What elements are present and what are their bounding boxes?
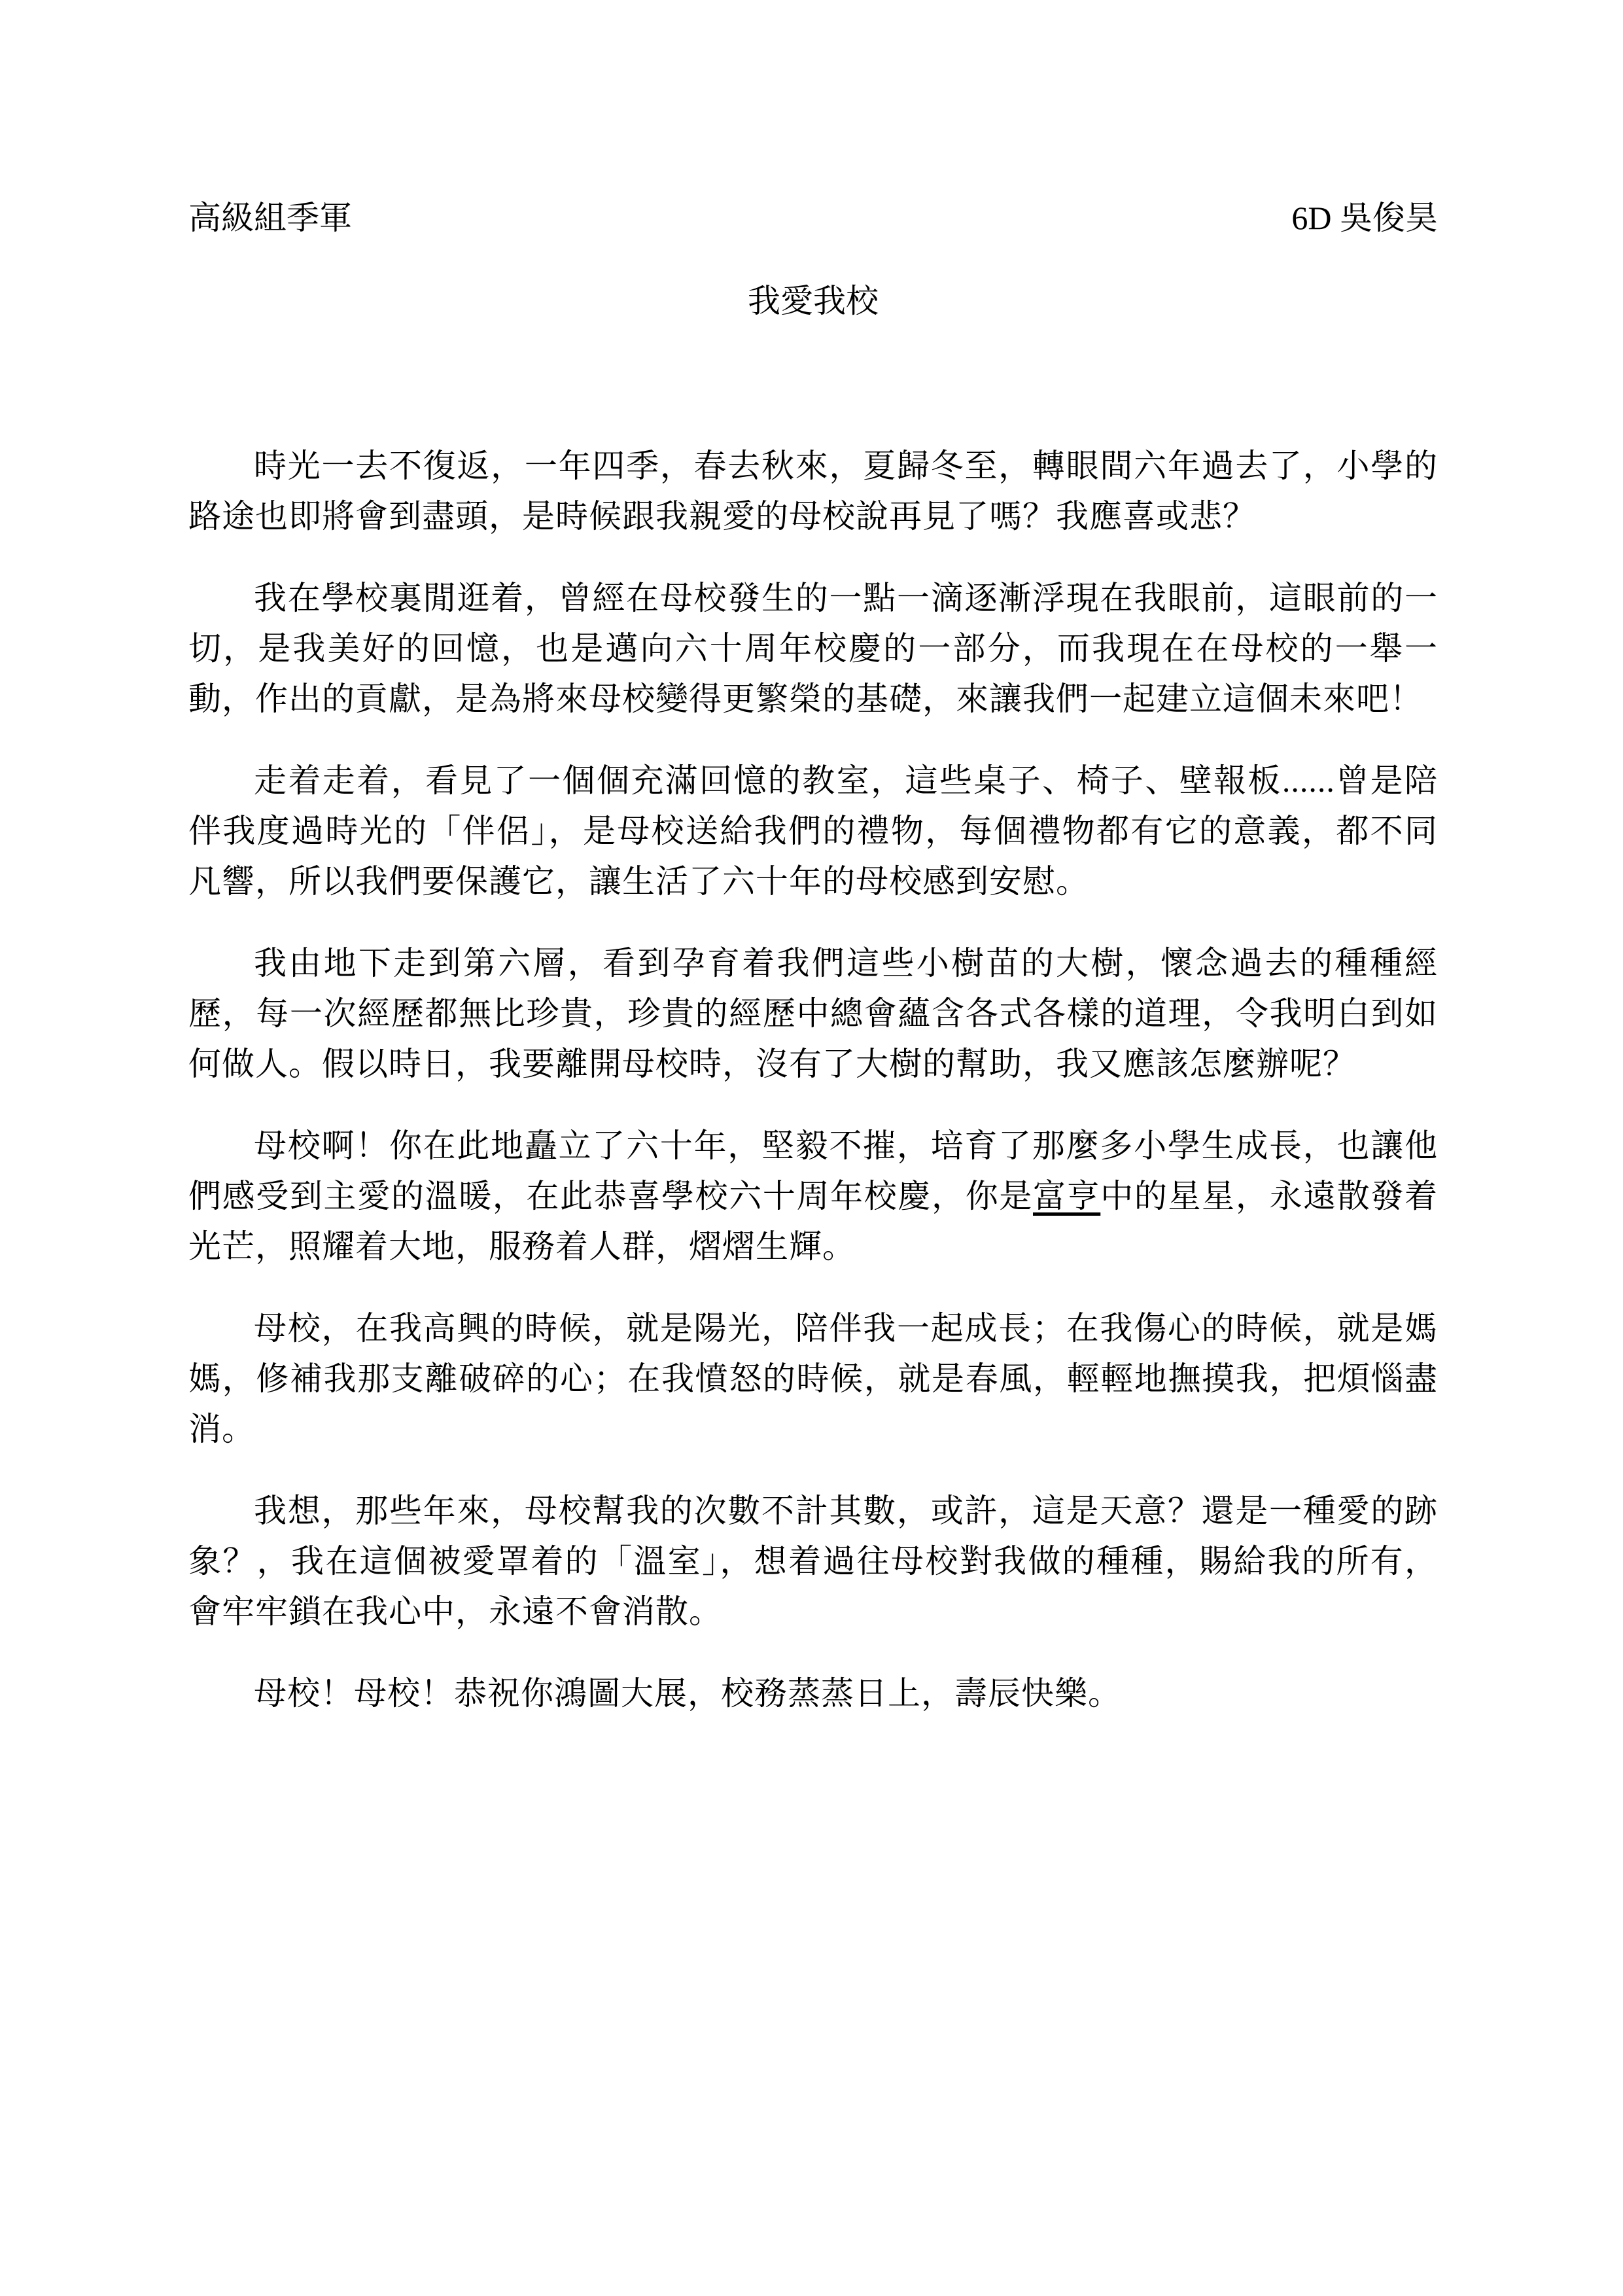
paragraph: 時光一去不復返，一年四季，春去秋來，夏歸冬至，轉眼間六年過去了，小學的路途也即將… (188, 441, 1438, 542)
paragraph: 母校，在我高興的時候，就是陽光，陪伴我一起成長；在我傷心的時候，就是媽媽，修補我… (188, 1303, 1438, 1455)
award-label: 高級組季軍 (188, 193, 352, 243)
paragraph: 我想，那些年來，母校幫我的次數不計其數，或許，這是天意？還是一種愛的跡象？，我在… (188, 1486, 1438, 1637)
underlined-school-name: 富亨 (1033, 1178, 1100, 1214)
document-header: 高級組季軍 6D 吳俊昊 (188, 193, 1438, 243)
text-run: 我想，那些年來，母校幫我的次數不計其數，或許，這是天意？還是一種愛的跡象？，我在… (188, 1492, 1438, 1630)
document-page: 高級組季軍 6D 吳俊昊 我愛我校 時光一去不復返，一年四季，春去秋來，夏歸冬至… (0, 0, 1623, 2296)
text-run: 母校！母校！恭祝你鴻圖大展，校務蒸蒸日上，壽辰快樂。 (254, 1675, 1121, 1712)
paragraph: 我在學校裏閒逛着，曾經在母校發生的一點一滴逐漸浮現在我眼前，這眼前的一切，是我美… (188, 573, 1438, 724)
text-run: 我由地下走到第六層，看到孕育着我們這些小樹苗的大樹，懷念過去的種種經歷，每一次經… (188, 945, 1438, 1082)
author-label: 6D 吳俊昊 (1291, 193, 1438, 243)
paragraph: 母校！母校！恭祝你鴻圖大展，校務蒸蒸日上，壽辰快樂。 (188, 1669, 1438, 1719)
text-run: 走着走着，看見了一個個充滿回憶的教室，這些桌子、椅子、壁報板......曾是陪伴… (188, 762, 1438, 900)
essay-title: 我愛我校 (188, 276, 1438, 327)
essay-body: 時光一去不復返，一年四季，春去秋來，夏歸冬至，轉眼間六年過去了，小學的路途也即將… (188, 441, 1438, 1719)
text-run: 母校，在我高興的時候，就是陽光，陪伴我一起成長；在我傷心的時候，就是媽媽，修補我… (188, 1310, 1438, 1447)
text-run: 時光一去不復返，一年四季，春去秋來，夏歸冬至，轉眼間六年過去了，小學的路途也即將… (188, 448, 1438, 535)
paragraph: 走着走着，看見了一個個充滿回憶的教室，這些桌子、椅子、壁報板......曾是陪伴… (188, 756, 1438, 907)
text-run: 我在學校裏閒逛着，曾經在母校發生的一點一滴逐漸浮現在我眼前，這眼前的一切，是我美… (188, 580, 1438, 717)
paragraph: 母校啊！你在此地矗立了六十年，堅毅不摧，培育了那麼多小學生成長，也讓他們感受到主… (188, 1121, 1438, 1272)
paragraph: 我由地下走到第六層，看到孕育着我們這些小樹苗的大樹，懷念過去的種種經歷，每一次經… (188, 938, 1438, 1089)
